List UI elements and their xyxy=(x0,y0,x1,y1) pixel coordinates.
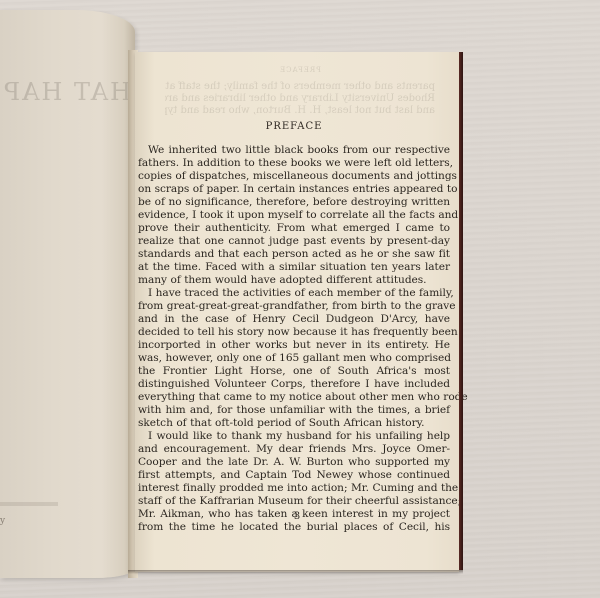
text-line: at the time. Faced with a similar situat… xyxy=(138,261,450,274)
showthrough-heading: PREFACE xyxy=(165,64,435,76)
page-title: PREFACE xyxy=(138,120,450,133)
left-page-mark: y xyxy=(0,516,5,526)
text-line: was, however, only one of 165 gallant me… xyxy=(138,352,450,365)
text-line: on scraps of paper. In certain instances… xyxy=(138,183,450,196)
reverse-page-showthrough: PREFACE parents and other members of the… xyxy=(165,64,435,117)
book-bottom-shadow xyxy=(128,570,463,574)
showthrough-line: and last but not least, H. H. Burton, wh… xyxy=(165,105,435,117)
text-line: distinguished Volunteer Corps, therefore… xyxy=(138,378,450,391)
text-line: and encouragement. My dear friends Mrs. … xyxy=(138,443,450,456)
text-line: first attempts, and Captain Tod Newey wh… xyxy=(138,469,450,482)
text-line: and in the case of Henry Cecil Dudgeon D… xyxy=(138,313,450,326)
right-page: PREFACE parents and other members of the… xyxy=(135,52,459,572)
text-line: the Frontier Light Horse, one of South A… xyxy=(138,365,450,378)
text-line: from great-great-great-grandfather, from… xyxy=(138,300,450,313)
showthrough-line: Rhodes University Library and other libr… xyxy=(165,93,435,105)
page-content: PREFACE We inherited two little black bo… xyxy=(138,120,450,534)
text-line: with him and, for those unfamiliar with … xyxy=(138,404,450,417)
text-line: prove their authenticity. From what emer… xyxy=(138,222,450,235)
text-line: from the time he located the burial plac… xyxy=(138,521,450,534)
text-line: standards and that each person acted as … xyxy=(138,248,450,261)
text-line: fathers. In addition to these books we w… xyxy=(138,157,450,170)
text-line: I have traced the activities of each mem… xyxy=(138,287,450,300)
text-line: realize that one cannot judge past event… xyxy=(138,235,450,248)
text-line: staff of the Kaffrarian Museum for their… xyxy=(138,495,450,508)
text-line: be of no significance, therefore, before… xyxy=(138,196,450,209)
paragraph-1: We inherited two little black books from… xyxy=(138,144,450,287)
showthrough-line: parents and other members of the family;… xyxy=(165,81,435,93)
paragraph-2: I have traced the activities of each mem… xyxy=(138,287,450,430)
text-line: copies of dispatches, miscellaneous docu… xyxy=(138,170,450,183)
text-line: We inherited two little black books from… xyxy=(138,144,450,157)
text-line: Cooper and the late Dr. A. W. Burton who… xyxy=(138,456,450,469)
left-page: WHAT HAP y xyxy=(0,10,135,578)
text-line: everything that came to my notice about … xyxy=(138,391,450,404)
text-line: interest finally prodded me into action;… xyxy=(138,482,450,495)
left-page-showthrough-line xyxy=(0,502,58,506)
text-line: sketch of that oft-told period of South … xyxy=(138,417,450,430)
text-line: decided to tell his story now because it… xyxy=(138,326,450,339)
book-cover-edge xyxy=(459,52,463,570)
text-line: evidence, I took it upon myself to corre… xyxy=(138,209,450,222)
page-number: 3 xyxy=(135,511,459,522)
text-line: incorported in other works but never in … xyxy=(138,339,450,352)
text-line: many of them would have adopted differen… xyxy=(138,274,450,287)
text-line: I would like to thank my husband for his… xyxy=(138,430,450,443)
